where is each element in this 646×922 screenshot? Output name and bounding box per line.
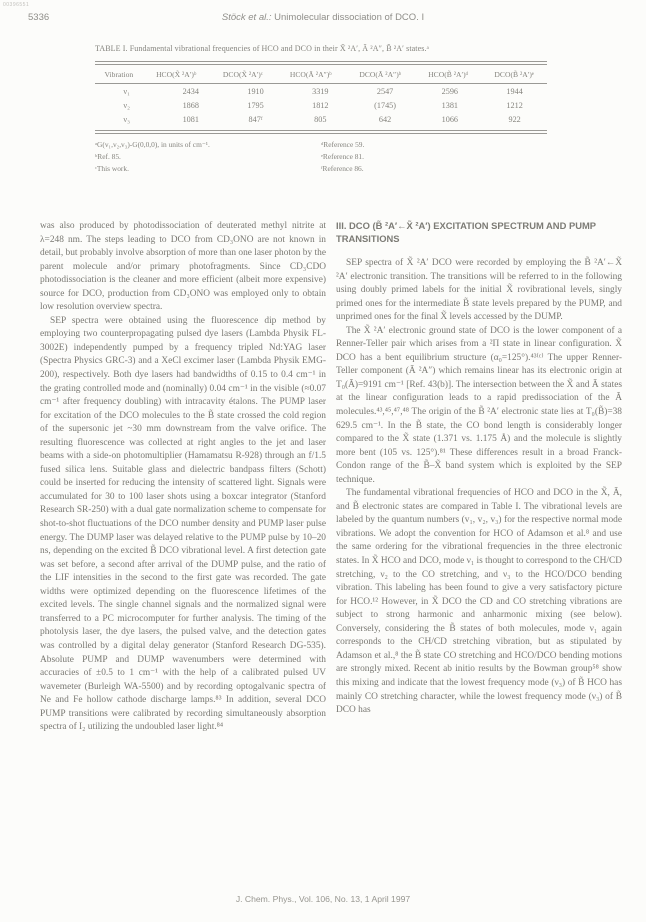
paragraph: was also produced by photodissociation o… [40, 220, 326, 315]
cell: 1944 [482, 84, 547, 98]
col-header-hco-b: HCO(B̃ ²A′)ᵈ [415, 65, 481, 83]
footnote: ᵇRef. 85. [95, 151, 321, 163]
cell: (1745) [353, 98, 418, 112]
col-header-dco-x: DCO(X̃ ²A′)ᶜ [210, 65, 276, 83]
table-footnotes: ᵃG(v₁,v₂,v₃)-G(0,0,0), in units of cm⁻¹.… [95, 139, 547, 175]
scan-artifact-mark: 00396551 [3, 2, 29, 8]
footnote: ᵃG(v₁,v₂,v₃)-G(0,0,0), in units of cm⁻¹. [95, 139, 321, 151]
cell: 847ᶠ [223, 112, 288, 126]
left-column: was also produced by photodissociation o… [40, 220, 326, 735]
paragraph: SEP spectra were obtained using the fluo… [40, 315, 326, 735]
cell: 3319 [288, 84, 353, 98]
page-header: 5336 Stöck et al.: Unimolecular dissocia… [0, 12, 646, 23]
row-label: ν₂ [95, 98, 158, 112]
row-label: ν₃ [95, 112, 158, 126]
cell: 1910 [223, 84, 288, 98]
cell: 2547 [353, 84, 418, 98]
running-title: Stöck et al.: Unimolecular dissociation … [0, 12, 646, 23]
table-row: ν₂ 1868 1795 1812 (1745) 1381 1212 [95, 98, 547, 112]
cell: 2596 [417, 84, 482, 98]
journal-footer: J. Chem. Phys., Vol. 106, No. 13, 1 Apri… [0, 894, 646, 904]
cell: 1868 [158, 98, 223, 112]
table-row: ν₁ 2434 1910 3319 2547 2596 1944 [95, 84, 547, 98]
table-row: ν₃ 1081 847ᶠ 805 642 1066 922 [95, 112, 547, 126]
running-title-text: Unimolecular dissociation of DCO. I [272, 12, 425, 23]
col-header-hco-a: HCO(Ã ²A″)ᵇ [276, 65, 345, 83]
table-header-row: Vibration HCO(X̃ ²A′)ᵇ DCO(X̃ ²A′)ᶜ HCO(… [95, 65, 547, 83]
body-columns: was also produced by photodissociation o… [0, 220, 646, 735]
running-title-authors: Stöck et al.: [222, 12, 272, 23]
table-1: TABLE I. Fundamental vibrational frequen… [95, 44, 547, 175]
cell: 1812 [288, 98, 353, 112]
footnote: ᵈReference 59. [321, 139, 547, 151]
cell: 2434 [158, 84, 223, 98]
page-number: 5336 [28, 12, 49, 23]
table-bottom-rule [95, 130, 547, 134]
paragraph: SEP spectra of X̃ ²A′ DCO were recorded … [336, 257, 622, 325]
cell: 1795 [223, 98, 288, 112]
cell: 805 [288, 112, 353, 126]
cell: 1212 [482, 98, 547, 112]
section-heading: III. DCO (B̃ ²A′←X̃ ²A′) EXCITATION SPEC… [336, 220, 622, 245]
cell: 1066 [417, 112, 482, 126]
footnotes-left: ᵃG(v₁,v₂,v₃)-G(0,0,0), in units of cm⁻¹.… [95, 139, 321, 175]
right-column: III. DCO (B̃ ²A′←X̃ ²A′) EXCITATION SPEC… [336, 220, 622, 735]
footnote: ᶜThis work. [95, 163, 321, 175]
frequency-table-body: ν₁ 2434 1910 3319 2547 2596 1944 ν₂ 1868… [95, 84, 547, 126]
col-header-dco-b: DCO(B̃ ²A′)ᵉ [481, 65, 547, 83]
cell: 922 [482, 112, 547, 126]
footnote: ᵉReference 81. [321, 151, 547, 163]
cell: 1381 [417, 98, 482, 112]
journal-page: 00396551 5336 Stöck et al.: Unimolecular… [0, 0, 646, 922]
cell: 1081 [158, 112, 223, 126]
frequency-table: Vibration HCO(X̃ ²A′)ᵇ DCO(X̃ ²A′)ᶜ HCO(… [95, 65, 547, 83]
col-header-vibration: Vibration [95, 65, 143, 83]
paragraph: The X̃ ²A′ electronic ground state of DC… [336, 325, 622, 488]
cell: 642 [353, 112, 418, 126]
col-header-hco-x: HCO(X̃ ²A′)ᵇ [143, 65, 210, 83]
col-header-dco-a: DCO(Ã ²A″)ᵇ [345, 65, 414, 83]
footnote: ᶠReference 86. [321, 163, 547, 175]
table-caption: TABLE I. Fundamental vibrational frequen… [95, 44, 547, 53]
row-label: ν₁ [95, 84, 158, 98]
paragraph: The fundamental vibrational frequencies … [336, 487, 622, 717]
footnotes-right: ᵈReference 59. ᵉReference 81. ᶠReference… [321, 139, 547, 175]
